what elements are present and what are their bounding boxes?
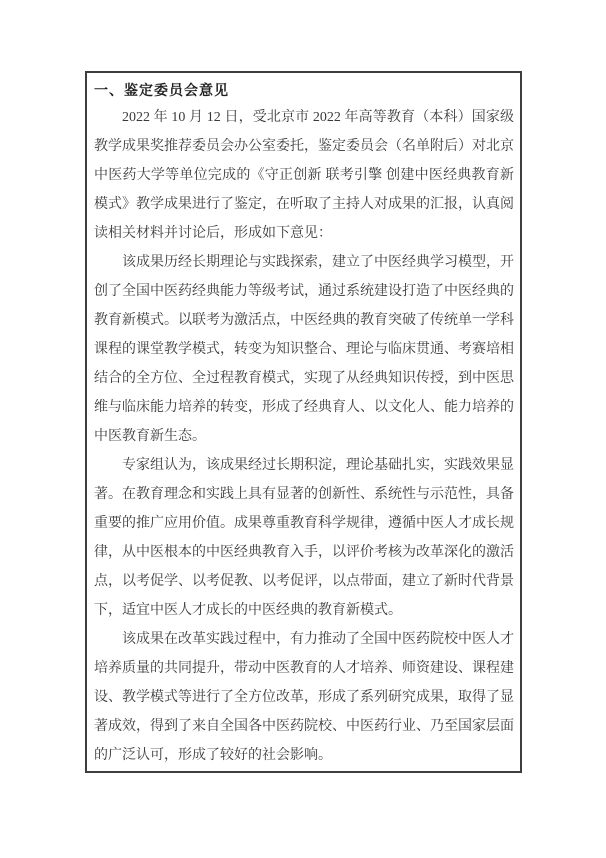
opinion-table-cell: 一、鉴定委员会意见 2022 年 10 月 12 日，受北京市 2022 年高等…	[85, 71, 522, 773]
paragraph-reform-impact: 该成果在改革实践过程中，有力推动了全国中医药院校中医人才培养质量的共同提升，带动…	[94, 625, 514, 770]
paragraph-achievement-model: 该成果历经长期理论与实践探索，建立了中医经典学习模型，开创了全国中医药经典能力等…	[94, 248, 514, 451]
paragraph-expert-evaluation: 专家组认为，该成果经过长期积淀，理论基础扎实，实践效果显著。在教育理念和实践上具…	[94, 451, 514, 625]
paragraph-appraisal-intro: 2022 年 10 月 12 日，受北京市 2022 年高等教育（本科）国家级教…	[94, 103, 514, 248]
document-page: 一、鉴定委员会意见 2022 年 10 月 12 日，受北京市 2022 年高等…	[0, 0, 606, 858]
section-title: 一、鉴定委员会意见	[94, 77, 514, 103]
